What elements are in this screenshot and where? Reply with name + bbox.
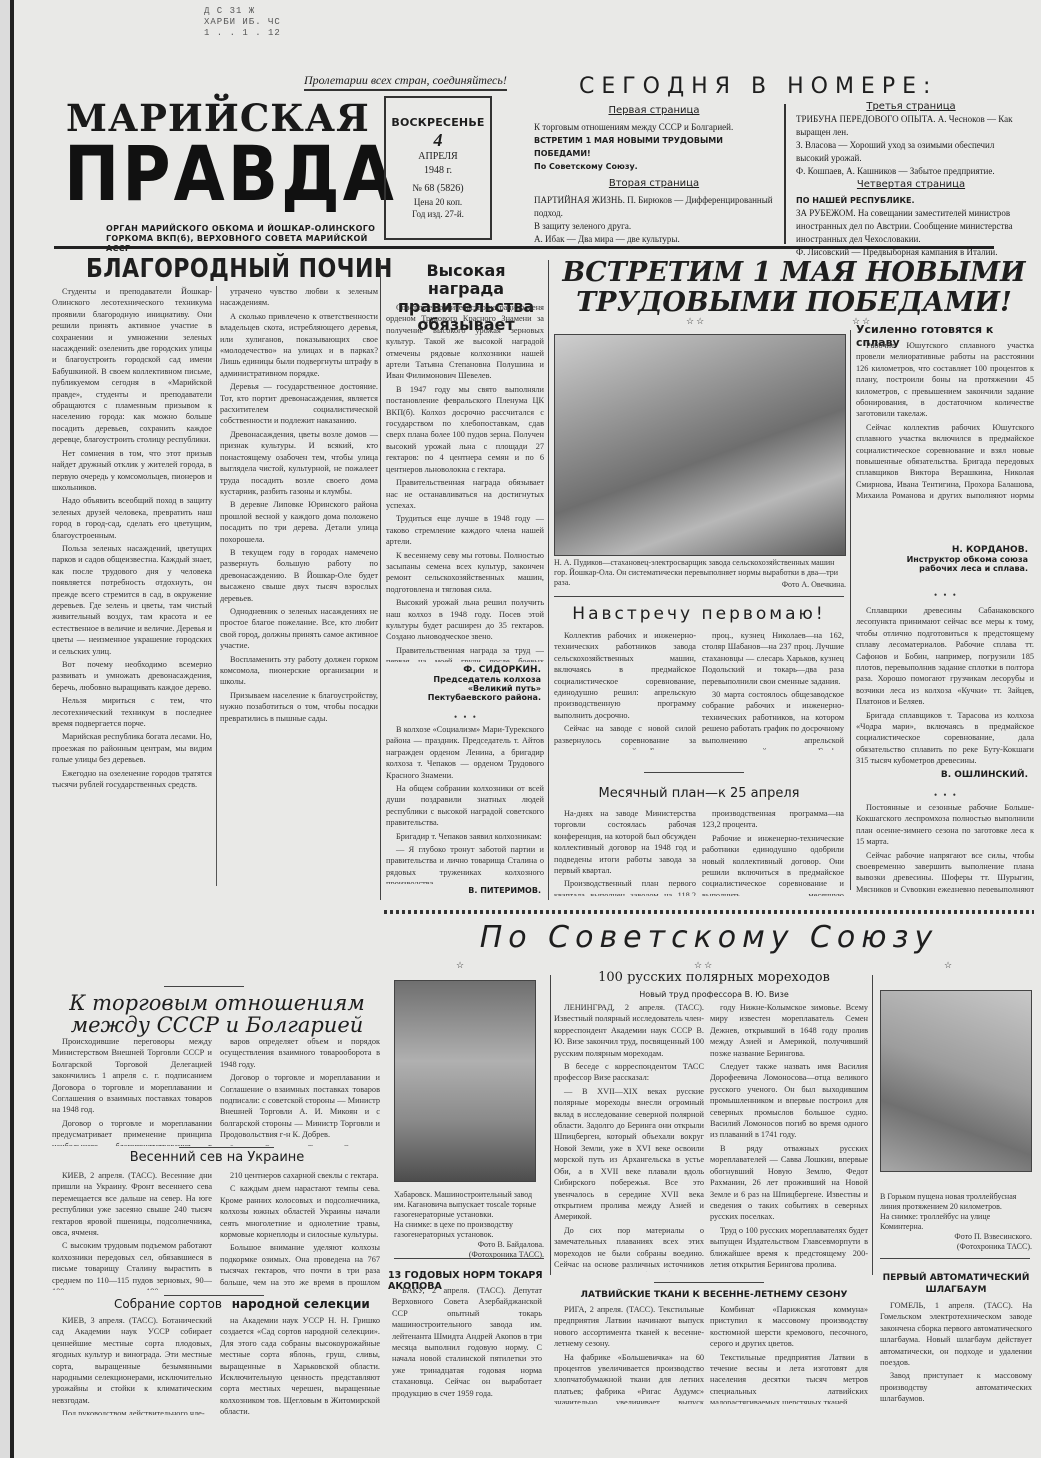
paragraph: году Нижне-Колымское зимовье. Всему миру… <box>710 1002 868 1059</box>
toc-item[interactable]: В защиту зеленого друга. <box>534 220 774 233</box>
rafting-body: Рабочие Юшутского сплавного участка пров… <box>856 340 1034 500</box>
varieties-col2: на Академии наук УССР Н. Н. Гришко созда… <box>220 1315 380 1415</box>
signature-name: Ф. СИДОРКИН. <box>386 665 541 675</box>
photo-trolleybus <box>880 990 1032 1172</box>
headline-polar: 100 русских полярных мореходов <box>554 970 874 985</box>
paragraph: Комбинат «Парижская коммуна» приступил к… <box>710 1304 868 1350</box>
headline-line: ПЕРВЫЙ АВТОМАТИЧЕСКИЙ <box>880 1272 1032 1284</box>
headline-line: ТРУДОВЫМИ ПОБЕДАМИ! <box>554 288 1034 318</box>
subhead-polar: Новый труд профессора В. Ю. Визе <box>554 990 874 999</box>
masthead-organ: ОРГАН МАРИЙСКОГО ОБКОМА И ЙОШКАР-ОЛИНСКО… <box>106 224 376 254</box>
separator-dots: • • • <box>454 712 478 722</box>
paragraph: Сейчас рабочие напрягают все силы, чтобы… <box>856 850 1034 892</box>
price: Цена 20 коп. <box>386 196 490 208</box>
signature-role: Пектубаевского района. <box>386 693 541 702</box>
paragraph: Сейчас коллектив рабочих Юшутского сплав… <box>856 422 1034 500</box>
paragraph: Правительственная награда за труд — перв… <box>386 645 544 662</box>
divider <box>654 1282 764 1283</box>
paragraph: Правительственная награда обязывает нас … <box>386 477 544 511</box>
separator-dots: • • • <box>934 590 958 600</box>
award-body: Советское правительство наградило меня о… <box>386 302 544 662</box>
monthly-plan-col1: На-днях на заводе Министерства торговли … <box>554 808 696 896</box>
paragraph: Высокий урожай льна решил получить наш к… <box>386 597 544 643</box>
paragraph: Рабочие и инженерно-технические работник… <box>702 833 844 896</box>
paragraph: Воспламенить эту работу должен горком ко… <box>220 654 378 688</box>
headline-line: между СССР и Болгарией <box>52 1014 382 1036</box>
stamp-line: ХАРБИ ИБ. ЧС <box>204 17 281 28</box>
edition-year: Год изд. 27-й. <box>386 208 490 220</box>
toc-page1-heading: Первая страница <box>534 104 774 117</box>
column-divider <box>380 260 381 900</box>
organ-line: ОРГАН МАРИЙСКОГО ОБКОМА И ЙОШКАР-ОЛИНСКО… <box>106 224 376 234</box>
paragraph: Советское правительство наградило меня о… <box>386 302 544 382</box>
star-ornament: ☆ <box>944 960 954 971</box>
paragraph: Следует также назвать имя Василия Дорофе… <box>710 1061 868 1141</box>
paragraph: Договор о торговле и мореплавании предус… <box>52 1118 212 1146</box>
paragraph: Сейчас на заводе с новой силой развернул… <box>554 723 696 750</box>
ukraine-col2: 210 центнеров сахарной свеклы с гектара.… <box>220 1170 380 1290</box>
award-signature: Ф. СИДОРКИН. Председатель колхоза «Велик… <box>386 665 541 702</box>
toc-item[interactable]: ЗА РУБЕЖОМ. На совещании заместителей ми… <box>796 207 1026 246</box>
paragraph: Завод приступает к массовому производств… <box>880 1370 1032 1404</box>
photo-caption-khabarovsk: Хабаровск. Машиностроительный завод им. … <box>394 1190 544 1260</box>
paragraph: В ряду отважных русских мореплавателей —… <box>710 1143 868 1223</box>
toc-page4-heading: Четвертая страница <box>796 178 1026 191</box>
photo-credit: Фото П. Взвесинского. <box>880 1232 1032 1242</box>
photo-caption-gorky: В Горьком пущена новая троллейбусная лин… <box>880 1192 1032 1252</box>
paragraph: 30 марта состоялось общезаводское собран… <box>702 689 844 750</box>
headline-monthly-plan: Месячный план—к 25 апреля <box>554 786 844 801</box>
stars-ornament: ☆☆ <box>686 316 706 327</box>
latvia-col2: Комбинат «Парижская коммуна» приступил к… <box>710 1304 868 1404</box>
paragraph: К весеннему севу мы готовы. Полностью за… <box>386 550 544 596</box>
organ-line: ГОРКОМА ВКП(б), ВЕРХОВНОГО СОВЕТА МАРИЙС… <box>106 234 376 254</box>
divider <box>164 986 244 987</box>
paragraph: Сплавщики древесины Сабанаковского лесоп… <box>856 605 1034 708</box>
paragraph: С высоким трудовым подъемом работают кол… <box>52 1240 212 1290</box>
headline-varieties: Собрание сортов народной селекции <box>114 1297 370 1311</box>
headline-latvia: ЛАТВИЙСКИЕ ТКАНИ К ВЕСЕННЕ-ЛЕТНЕМУ СЕЗОН… <box>554 1290 874 1300</box>
headline-noble-initiative: БЛАГОРОДНЫЙ ПОЧИН <box>86 254 393 284</box>
caption-line: На снимке: в цехе по производству газоге… <box>394 1220 544 1240</box>
headline-part: Собрание сортов <box>114 1297 222 1311</box>
paragraph: На фабрике «Большевичка» на 60 процентов… <box>554 1352 704 1404</box>
headline-towards-may: Навстречу первомаю! <box>554 604 844 624</box>
paragraph: Марийская республика богата лесами. Но, … <box>52 731 212 765</box>
polar-col2: году Нижне-Колымское зимовье. Всему миру… <box>710 1002 868 1272</box>
paragraph: 2 апреля Болгарская Торговая Делегация в… <box>220 1143 380 1146</box>
photo-credit-welder: Фото А. Овечкина. <box>554 580 846 590</box>
paragraph: Договор о торговле и мореплавании и Согл… <box>220 1072 380 1140</box>
date-box: ВОСКРЕСЕНЬЕ 4 АПРЕЛЯ 1948 г. № 68 (5826)… <box>384 96 492 240</box>
paragraph: В колхозе «Социализм» Мари-Турекского ра… <box>386 724 544 781</box>
divider <box>880 1258 1030 1259</box>
section-title-soviet-union: По Советскому Союзу <box>384 920 1034 955</box>
paragraph: До сих пор материалы о замечательных пла… <box>554 1225 704 1272</box>
paragraph: Текстильные предприятия Латвии в течение… <box>710 1352 868 1404</box>
barrier-body: ГОМЕЛЬ, 1 апреля. (ТАСС). На Гомельском … <box>880 1300 1032 1410</box>
divider <box>554 596 844 597</box>
noble-col1: Студенты и преподаватели Йошкар-Олинског… <box>52 286 212 886</box>
paragraph: Студенты и преподаватели Йошкар-Олинског… <box>52 286 212 446</box>
toc-item[interactable]: ПО НАШЕЙ РЕСПУБЛИКЕ. <box>796 194 1026 207</box>
paragraph: Коллектив рабочих и инженерно-технически… <box>554 630 696 721</box>
photo-factory <box>394 980 536 1182</box>
towards-may-col1: Коллектив рабочих и инженерно-технически… <box>554 630 696 750</box>
paragraph: — В XVII—XIX веках русские полярные море… <box>554 1086 704 1223</box>
paragraph: Бригада сплавщиков т. Тарасова из колхоз… <box>856 710 1034 765</box>
star-ornament: ☆ <box>456 960 466 971</box>
column-divider <box>550 975 551 1275</box>
headline-part: народной селекции <box>232 1297 370 1311</box>
paragraph: Труд о 100 русских мореплавателях будет … <box>710 1225 868 1271</box>
paragraph: Бригадир т. Чепаков заявил колхозникам: <box>386 831 544 842</box>
divider <box>644 772 744 773</box>
paragraph: утрачено чувство любви к зеленым насажде… <box>220 286 378 309</box>
headline-barrier: ПЕРВЫЙ АВТОМАТИЧЕСКИЙ ШЛАГБАУМ <box>880 1272 1032 1296</box>
toc-page2-heading: Вторая страница <box>534 177 774 190</box>
paragraph: РИГА, 2 апреля. (ТАСС). Текстильные пред… <box>554 1304 704 1350</box>
paragraph: на Академии наук УССР Н. Н. Гришко созда… <box>220 1315 380 1415</box>
headline-line: Высокая награда <box>386 262 546 298</box>
varieties-col1: КИЕВ, 3 апреля. (ТАСС). Ботанический сад… <box>52 1315 212 1415</box>
paragraph: Призываем население к благоустройству, н… <box>220 690 378 724</box>
paragraph: В текущем году в городах намечено развер… <box>220 547 378 604</box>
ukraine-col1: КИЕВ, 2 апреля. (ТАСС). Весенние дни при… <box>52 1170 212 1290</box>
rafting-signature: Н. КОРДАНОВ. Инструктор обкома союза раб… <box>856 545 1028 573</box>
paragraph: Однодневник о зеленых насаждениях не про… <box>220 606 378 652</box>
award-signature2: В. ПИТЕРИМОВ. <box>386 886 541 895</box>
toc-item[interactable]: З. Власова — Хороший уход за озимыми обе… <box>796 139 1026 165</box>
toc-item[interactable]: ТРИБУНА ПЕРЕДОВОГО ОПЫТА. А. Чесноков — … <box>796 113 1026 139</box>
toc-page3-heading: Третья страница <box>796 100 1026 113</box>
paragraph: проц., кузнец Николаев—на 162, столяр Ша… <box>702 630 844 687</box>
monthly-plan-col2: производственная программа—на 123,2 проц… <box>702 808 844 896</box>
trade-col1: Происходившие переговоры между Министерс… <box>52 1036 212 1146</box>
paragraph: Происходившие переговоры между Министерс… <box>52 1036 212 1116</box>
headline-ukraine: Весенний сев на Украине <box>52 1150 382 1165</box>
paragraph: На-днях на заводе Министерства торговли … <box>554 808 696 876</box>
toc-item[interactable]: ВСТРЕТИМ 1 МАЯ НОВЫМИ ТРУДОВЫМИ ПОБЕДАМИ… <box>534 134 774 160</box>
divider <box>179 1147 274 1148</box>
toc-left: Первая страница К торговым отношениям ме… <box>534 104 774 246</box>
paragraph: Постоянные и сезонные рабочие Больше-Кок… <box>856 802 1034 848</box>
paragraph: Нет сомнения в том, что этот призыв найд… <box>52 448 212 494</box>
caption-line: Хабаровск. Машиностроительный завод им. … <box>394 1190 544 1220</box>
library-stamp: Д С 31 Ж ХАРБИ ИБ. ЧС 1 . . 1 . 12 <box>204 6 281 39</box>
paragraph: С каждым днем нарастают темпы сева. Кром… <box>220 1183 380 1240</box>
day: 4 <box>386 130 490 150</box>
headline-may-day: ВСТРЕТИМ 1 МАЯ НОВЫМИ ТРУДОВЫМИ ПОБЕДАМИ… <box>554 258 1034 318</box>
issue-number: № 68 (5826) <box>386 182 490 196</box>
paragraph: — Я глубоко тронут заботой партии и прав… <box>386 844 544 884</box>
award-body2: В колхозе «Социализм» Мари-Турекского ра… <box>386 724 544 884</box>
stamp-line: 1 . . 1 . 12 <box>204 28 281 39</box>
toc-right: Третья страница ТРИБУНА ПЕРЕДОВОГО ОПЫТА… <box>796 100 1026 259</box>
paragraph: Польза зеленых насаждений, цветущих парк… <box>52 543 212 657</box>
divider <box>164 1295 264 1296</box>
toc-item[interactable]: По Советскому Союзу. <box>534 160 774 173</box>
signature-role: рабочих леса и сплава. <box>856 564 1028 573</box>
toc-item[interactable]: Ф. Кошпаев, А. Кашников — Забытое предпр… <box>796 165 1026 178</box>
month: АПРЕЛЯ <box>386 150 490 164</box>
headline-trade: К торговым отношениям между СССР и Болга… <box>52 992 382 1036</box>
paragraph: Ежегодно на озеленение городов тратятся … <box>52 768 212 791</box>
motto: Пролетарии всех стран, соединяйтесь! <box>304 73 507 91</box>
column-divider <box>872 975 873 1275</box>
towards-may-col2: проц., кузнец Николаев—на 162, столяр Ша… <box>702 630 844 750</box>
paragraph: А сколько привлечено к ответственности в… <box>220 311 378 379</box>
paragraph: Нельзя мириться с тем, что лесотехническ… <box>52 695 212 729</box>
paragraph: ЛЕНИНГРАД, 2 апреля. (ТАСС). Известный п… <box>554 1002 704 1059</box>
paragraph: Под руководством действительного чле- <box>52 1408 212 1415</box>
wavy-rule <box>384 910 1034 914</box>
signature-role: Инструктор обкома союза <box>856 555 1028 564</box>
toc-item[interactable]: ПАРТИЙНАЯ ЖИЗНЬ. П. Бирюков — Дифференци… <box>534 194 774 220</box>
photo-credit: Фото В. Байдалова. <box>394 1240 544 1250</box>
photo-credit: (Фотохроника ТАСС). <box>880 1242 1032 1252</box>
paragraph: Рабочие Юшутского сплавного участка пров… <box>856 340 1034 420</box>
paragraph: Надо объявить всеобщий поход в защиту зе… <box>52 495 212 541</box>
paragraph: производственная программа—на 123,2 проц… <box>702 808 844 831</box>
rafting-signature2: В. ОШЛИНСКИЙ. <box>856 770 1028 780</box>
paragraph: В деревне Липовке Юринского района прошл… <box>220 499 378 545</box>
paragraph: КИЕВ, 2 апреля. (ТАСС). Весенние дни при… <box>52 1170 212 1238</box>
year: 1948 г. <box>386 164 490 178</box>
separator-dots: • • • <box>934 790 958 800</box>
latvia-col1: РИГА, 2 апреля. (ТАСС). Текстильные пред… <box>554 1304 704 1404</box>
paragraph: Древонасаждения, цветы возле домов — при… <box>220 429 378 497</box>
toc-item[interactable]: А. Ибак — Два мира — две культуры. <box>534 233 774 246</box>
paragraph: Трудиться еще лучше в 1948 году — таково… <box>386 513 544 547</box>
masthead-rule <box>54 246 994 249</box>
paragraph: В беседе с корреспондентом ТАСС профессо… <box>554 1061 704 1084</box>
paragraph: Вот почему необходимо всемерно развивать… <box>52 659 212 693</box>
rafting-body3: Постоянные и сезонные рабочие Больше-Кок… <box>856 802 1034 892</box>
newspaper-page: Д С 31 Ж ХАРБИ ИБ. ЧС 1 . . 1 . 12 Проле… <box>10 0 1041 1458</box>
paragraph: На общем собрании колхозники от всей душ… <box>386 783 544 829</box>
photo-welder <box>554 334 846 556</box>
paragraph: В 1947 году мы свято выполняли постановл… <box>386 384 544 475</box>
headline-line: ШЛАГБАУМ <box>880 1284 1032 1296</box>
toc-divider <box>784 104 786 244</box>
headline-line: ВСТРЕТИМ 1 МАЯ НОВЫМИ <box>554 258 1034 288</box>
toc-item[interactable]: К торговым отношениям между СССР и Болга… <box>534 121 774 134</box>
caption-line: В Горьком пущена новая троллейбусная лин… <box>880 1192 1032 1212</box>
stamp-line: Д С 31 Ж <box>204 6 281 17</box>
column-divider <box>216 286 217 886</box>
column-divider <box>850 330 851 890</box>
paragraph: Большое внимание уделяют колхозы подкорм… <box>220 1242 380 1290</box>
caption-line: На снимке: троллейбус на улице Коминтерн… <box>880 1212 1032 1232</box>
paragraph: Производственный план первого квартала в… <box>554 878 696 896</box>
rafting-body2: Сплавщики древесины Сабанаковского лесоп… <box>856 605 1034 765</box>
paragraph: КИЕВ, 3 апреля. (ТАСС). Ботанический сад… <box>52 1315 212 1406</box>
paragraph: 210 центнеров сахарной свеклы с гектара. <box>220 1170 380 1181</box>
masthead-title-line2: ПРАВДА <box>64 130 397 219</box>
column-divider <box>548 260 549 900</box>
paragraph: БАКУ, 2 апреля. (ТАСС). Депутат Верховно… <box>392 1285 542 1399</box>
signature-name: Н. КОРДАНОВ. <box>856 545 1028 555</box>
signature-role: Председатель колхоза «Великий путь» <box>386 675 541 693</box>
noble-col2: утрачено чувство любви к зеленым насажде… <box>220 286 378 886</box>
paragraph: Деревья — государственное достояние. Тот… <box>220 381 378 427</box>
headline-line: К торговым отношениям <box>52 992 382 1014</box>
paragraph: ГОМЕЛЬ, 1 апреля. (ТАСС). На Гомельском … <box>880 1300 1032 1368</box>
today-in-issue-title: СЕГОДНЯ В НОМЕРЕ: <box>579 74 937 99</box>
akopov-body: БАКУ, 2 апреля. (ТАСС). Депутат Верховно… <box>392 1285 542 1405</box>
paragraph: варов определяет объем и порядок осущест… <box>220 1036 380 1070</box>
weekday: ВОСКРЕСЕНЬЕ <box>386 116 490 130</box>
trade-col2: варов определяет объем и порядок осущест… <box>220 1036 380 1146</box>
divider <box>394 1258 544 1259</box>
polar-col1: ЛЕНИНГРАД, 2 апреля. (ТАСС). Известный п… <box>554 1002 704 1272</box>
